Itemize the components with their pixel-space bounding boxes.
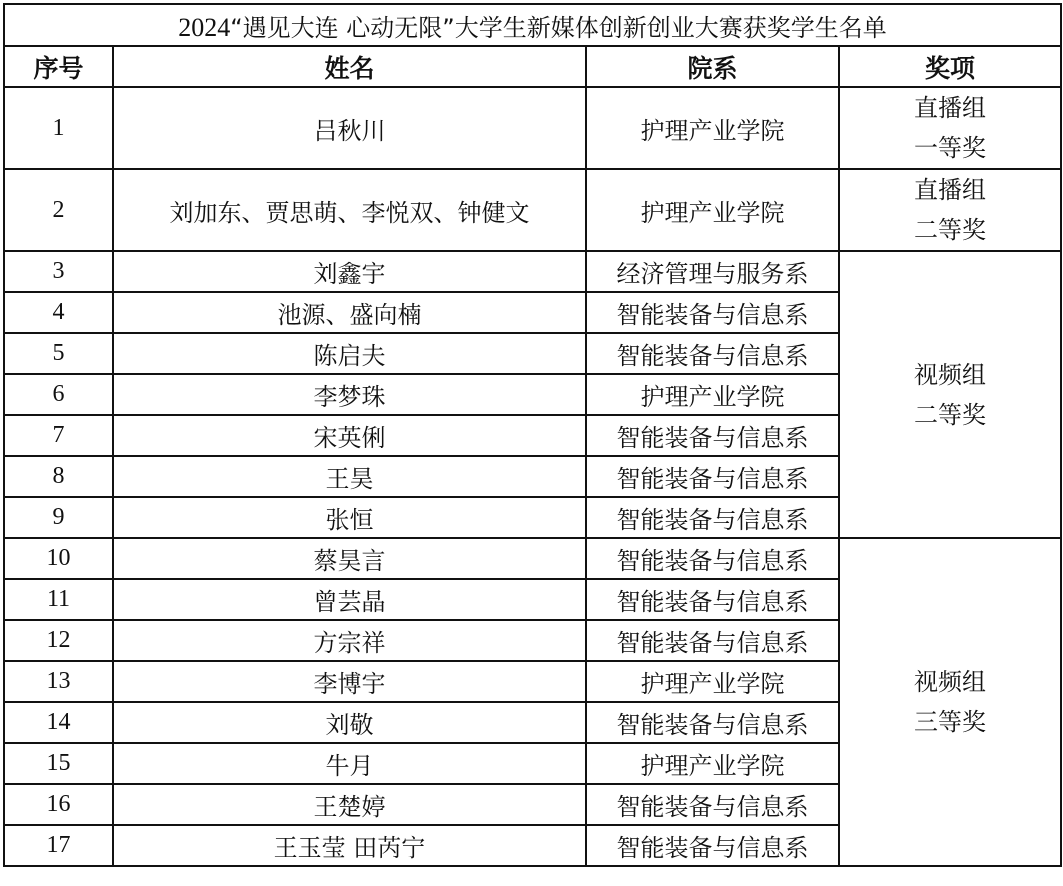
table-row: 10 蔡昊言 智能装备与信息系 视频组三等奖 [4,538,1061,579]
row-number: 14 [4,702,113,743]
department: 智能装备与信息系 [586,702,839,743]
award-list-table: 2024“遇见大连 心动无限”大学生新媒体创新创业大赛获奖学生名单 序号 姓名 … [3,3,1062,867]
student-name: 蔡昊言 [113,538,586,579]
award-cell: 直播组一等奖 [839,87,1061,169]
row-number: 13 [4,661,113,702]
award-level: 二等奖 [840,395,1060,435]
student-name: 张恒 [113,497,586,538]
award-group: 视频组 [840,355,1060,395]
department: 智能装备与信息系 [586,579,839,620]
department: 护理产业学院 [586,661,839,702]
student-name: 王玉莹 田芮宁 [113,825,586,866]
row-number: 15 [4,743,113,784]
row-number: 17 [4,825,113,866]
student-name: 牛月 [113,743,586,784]
award-group: 直播组 [840,170,1060,210]
student-name: 曾芸晶 [113,579,586,620]
column-header-award: 奖项 [839,46,1061,87]
row-number: 2 [4,169,113,251]
department: 护理产业学院 [586,169,839,251]
student-name: 刘加东、贾思萌、李悦双、钟健文 [113,169,586,251]
award-group: 直播组 [840,88,1060,128]
department: 智能装备与信息系 [586,415,839,456]
column-header-name: 姓名 [113,46,586,87]
student-name: 刘鑫宇 [113,251,586,292]
award-level: 三等奖 [840,702,1060,742]
student-name: 王楚婷 [113,784,586,825]
department: 护理产业学院 [586,87,839,169]
title-row: 2024“遇见大连 心动无限”大学生新媒体创新创业大赛获奖学生名单 [4,4,1061,46]
row-number: 9 [4,497,113,538]
row-number: 5 [4,333,113,374]
student-name: 刘敬 [113,702,586,743]
title-text: “遇见大连 心动无限”大学生新媒体创新创业大赛获奖学生名单 [230,14,887,42]
department: 智能装备与信息系 [586,333,839,374]
department: 智能装备与信息系 [586,497,839,538]
department: 智能装备与信息系 [586,620,839,661]
award-cell: 直播组二等奖 [839,169,1061,251]
row-number: 10 [4,538,113,579]
column-header-department: 院系 [586,46,839,87]
row-number: 12 [4,620,113,661]
award-level: 二等奖 [840,210,1060,250]
student-name: 李梦珠 [113,374,586,415]
row-number: 7 [4,415,113,456]
column-header-number: 序号 [4,46,113,87]
student-name: 王昊 [113,456,586,497]
student-name: 方宗祥 [113,620,586,661]
department: 智能装备与信息系 [586,538,839,579]
award-group: 视频组 [840,662,1060,702]
department: 智能装备与信息系 [586,292,839,333]
student-name: 池源、盛向楠 [113,292,586,333]
table-row: 2 刘加东、贾思萌、李悦双、钟健文 护理产业学院 直播组二等奖 [4,169,1061,251]
row-number: 4 [4,292,113,333]
title-year: 2024 [178,13,230,42]
award-cell: 视频组二等奖 [839,251,1061,538]
table-row: 1 吕秋川 护理产业学院 直播组一等奖 [4,87,1061,169]
department: 护理产业学院 [586,743,839,784]
department: 智能装备与信息系 [586,784,839,825]
department: 经济管理与服务系 [586,251,839,292]
header-row: 序号 姓名 院系 奖项 [4,46,1061,87]
department: 智能装备与信息系 [586,456,839,497]
student-name: 宋英俐 [113,415,586,456]
student-name: 李博宇 [113,661,586,702]
row-number: 6 [4,374,113,415]
award-cell: 视频组三等奖 [839,538,1061,866]
row-number: 3 [4,251,113,292]
award-level: 一等奖 [840,128,1060,168]
student-name: 陈启夫 [113,333,586,374]
row-number: 8 [4,456,113,497]
department: 护理产业学院 [586,374,839,415]
department: 智能装备与信息系 [586,825,839,866]
table-row: 3 刘鑫宇 经济管理与服务系 视频组二等奖 [4,251,1061,292]
row-number: 1 [4,87,113,169]
row-number: 16 [4,784,113,825]
row-number: 11 [4,579,113,620]
student-name: 吕秋川 [113,87,586,169]
document-title: 2024“遇见大连 心动无限”大学生新媒体创新创业大赛获奖学生名单 [4,4,1061,46]
